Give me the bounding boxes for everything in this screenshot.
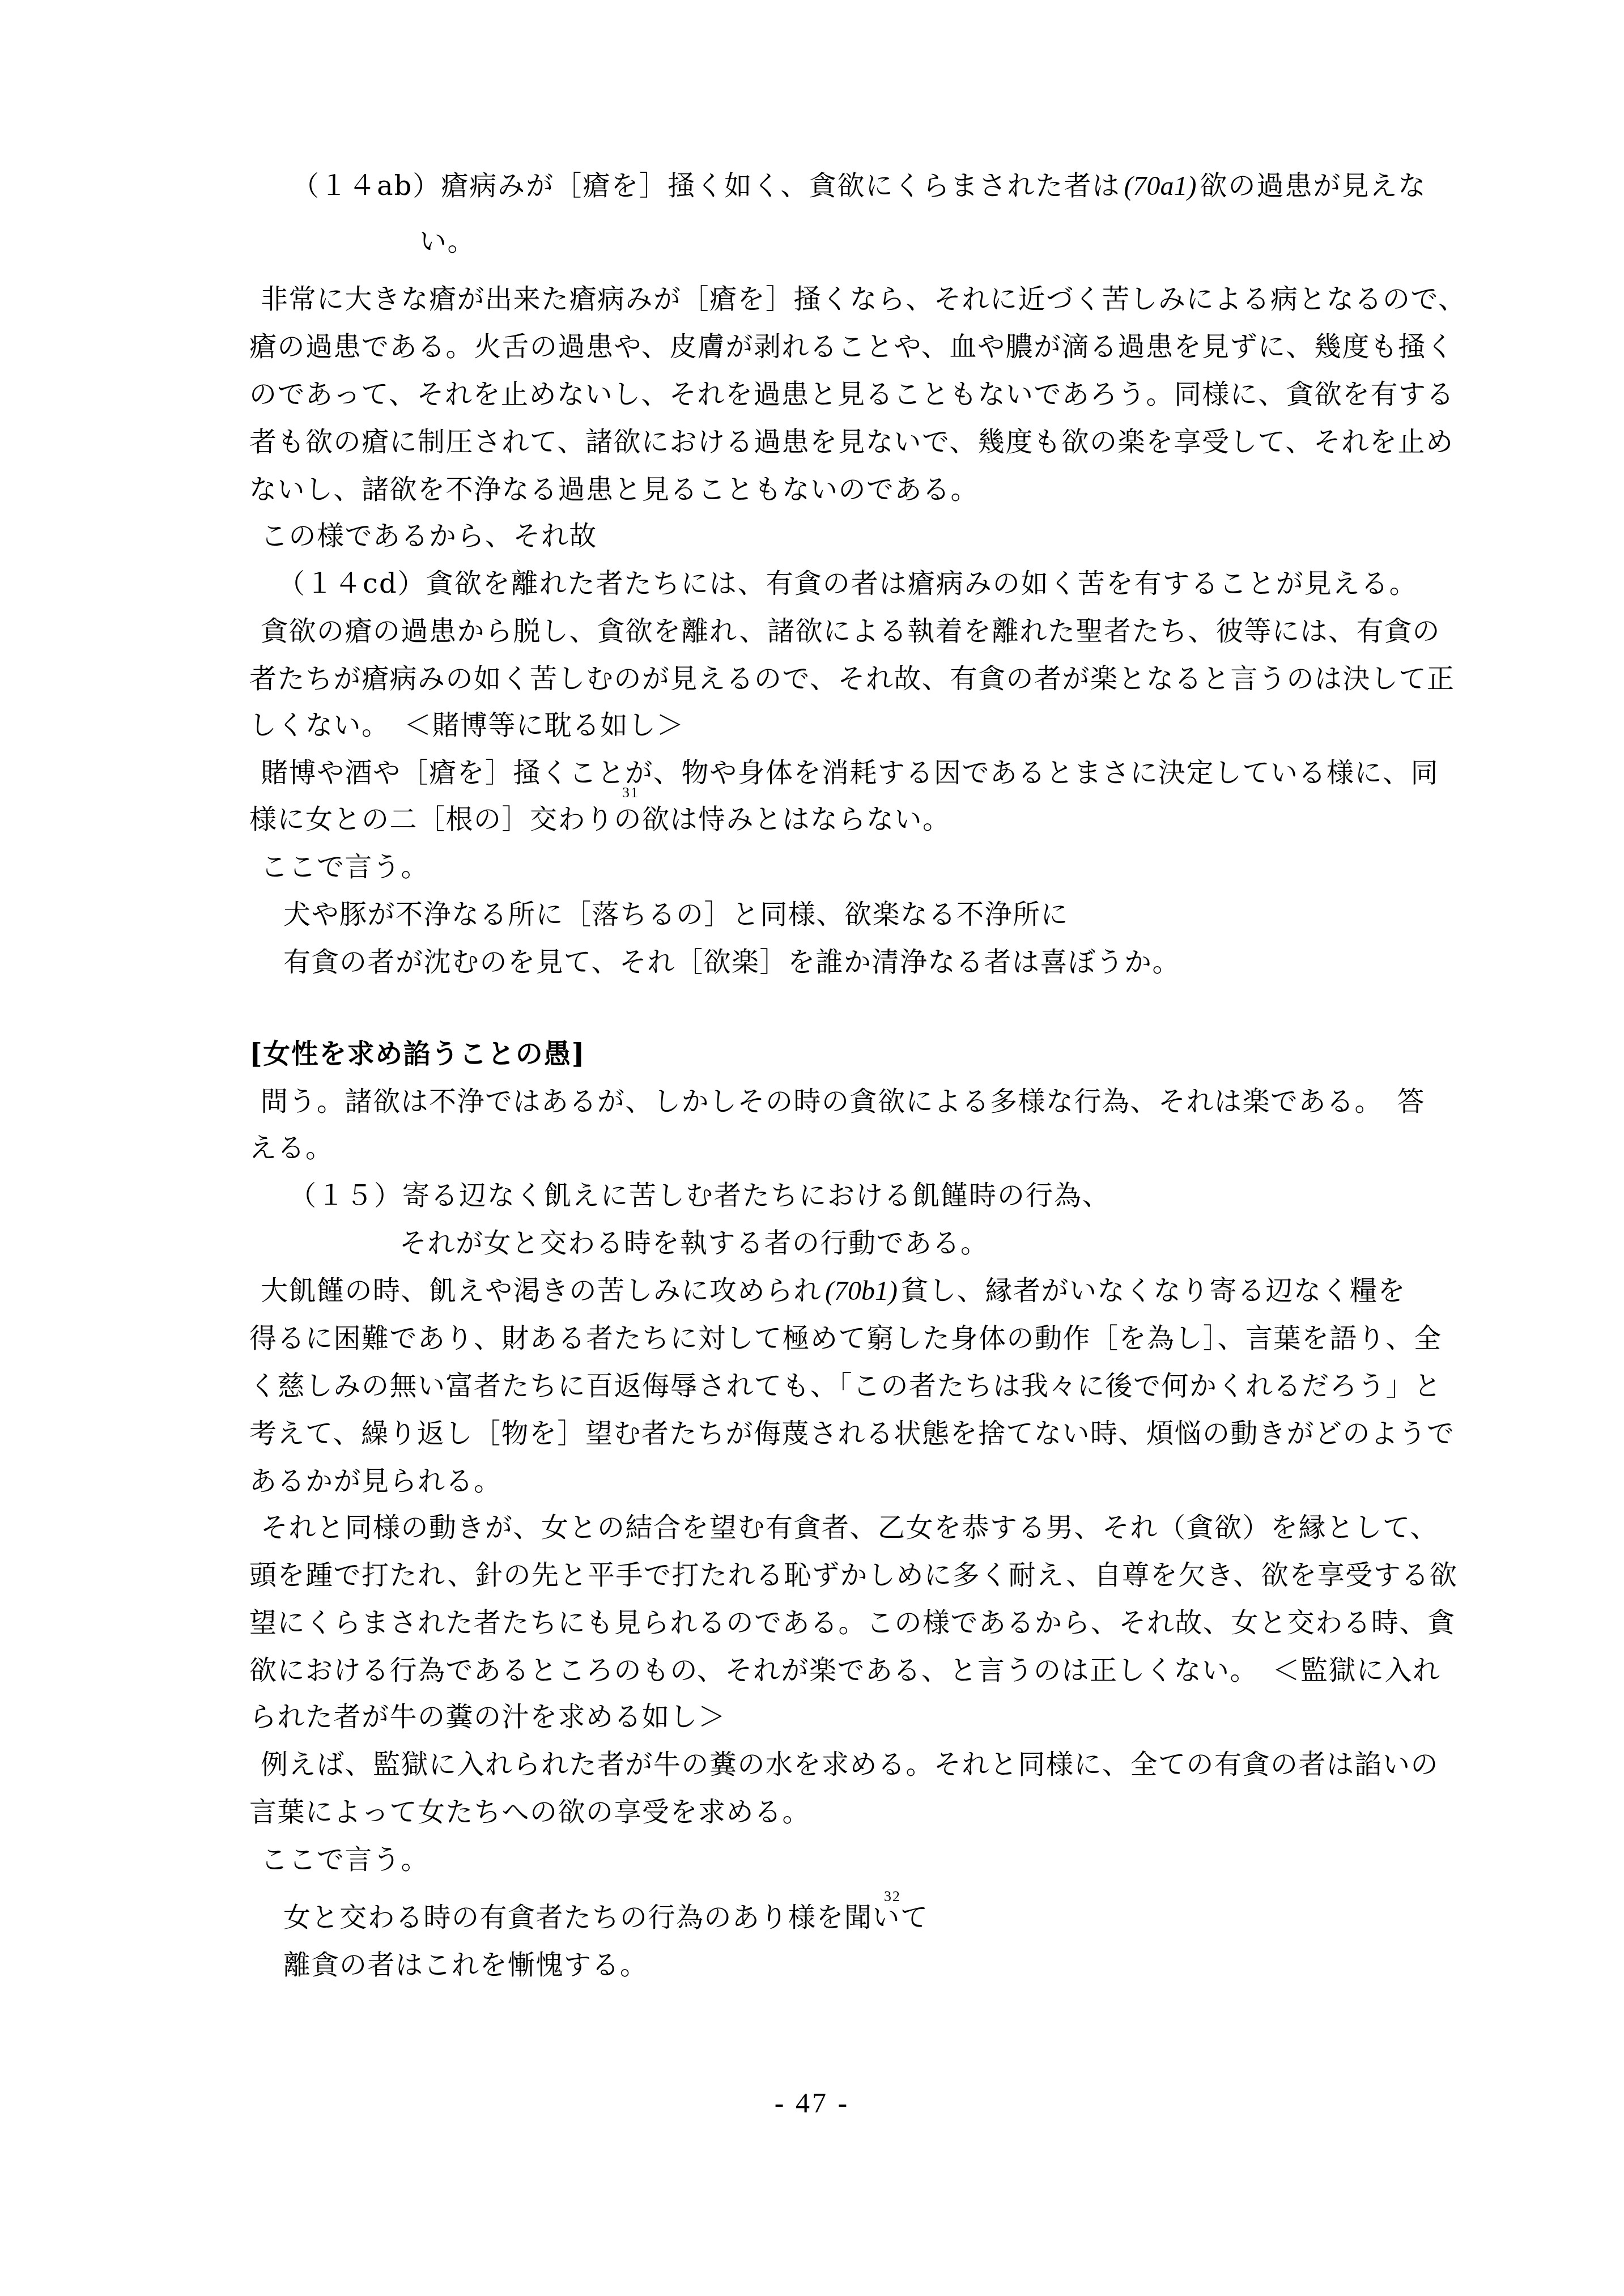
verse-15-line2: それが女と交わる時を執する者の行動である。 [399,1226,989,1260]
text-span: 様に女との二［根の］交わりの [249,803,642,835]
text-span: 欲は恃みとはならない。 [642,803,951,835]
verse-14ab-continuation: い。 [419,224,475,258]
paragraph-line: られた者が牛の糞の汁を求める如し＞ [249,1700,726,1734]
paragraph-line: 考えて、繰り返し［物を］望む者たちが侮蔑される状態を捨てない時、煩悩の動きがどの… [249,1417,1455,1451]
verse-number: （１４cd） [278,568,426,599]
paragraph-line: あるかが見られる。 [249,1464,502,1498]
paragraph-line: しくない。 ＜賭博等に耽る如し＞ [249,708,685,742]
document-page: （１４ab）瘡病みが［瘡を］掻く如く、貪欲にくらまされた者は(70a1)欲の過患… [0,0,1624,2296]
paragraph-line: 得るに困難であり、財ある者たちに対して極めて窮した身体の動作［を為し］、言葉を語… [249,1321,1442,1355]
paragraph-line: ないし、諸欲を不浄なる過患と見ることもないのである。 [249,473,979,507]
paragraph-line: 様に女との二［根の］交わりの欲は恃みとはならない。 [249,802,951,836]
paragraph-line: 非常に大きな瘡が出来た瘡病みが［瘡を］掻くなら、それに近づく苦しみによる病となる… [261,282,1466,316]
question-line: 問う。諸欲は不浄ではあるが、しかしその時の貪欲による多様な行為、それは楽である。… [261,1085,1425,1119]
paragraph-line: 大飢饉の時、飢えや渇きの苦しみに攻められ(70b1)貧し、縁者がいなくなり寄る辺… [261,1274,1406,1308]
verse-text: 瘡病みが［瘡を］掻く如く、貪欲にくらまされた者は [441,170,1120,202]
paragraph-line: 貪欲の瘡の過患から脱し、貪欲を離れ、諸欲による執着を離れた聖者たち、彼等には、有… [261,614,1440,648]
paragraph-line: 望にくらまされた者たちにも見られるのである。この様であるから、それ故、女と交わる… [249,1606,1456,1640]
paragraph-line: 者たちが瘡病みの如く苦しむのが見えるので、それ故、有貪の者が楽となると言うのは決… [249,662,1455,696]
paragraph-line: 頭を踵で打たれ、針の先と平手で打たれる恥ずかしめに多く耐え、自尊を欠き、欲を享受… [249,1558,1457,1592]
verse-text: 貪欲を離れた者たちには、有貪の者は瘡病みの如く苦を有することが見える。 [426,568,1418,599]
quoted-verse-line: 女と交わる時の有貪者たちの行為のあり様を聞いて [283,1900,929,1934]
quoted-verse-line: 犬や豚が不浄なる所に［落ちるの］と同様、欲楽なる不浄所に [283,898,1069,932]
verse-14ab: （１４ab）瘡病みが［瘡を］掻く如く、貪欲にくらまされた者は(70a1)欲の過患… [292,169,1426,203]
question-line: える。 [249,1131,334,1165]
verse-number: （１５） [289,1180,402,1211]
folio-reference: (70b1) [825,1276,898,1306]
here-said-line: ここで言う。 [261,1843,429,1877]
paragraph-line: 例えば、監獄に入れられた者が牛の糞の水を求める。それと同様に、全ての有貪の者は諂… [261,1747,1439,1781]
here-said-line: ここで言う。 [261,850,429,884]
paragraph-line: 言葉によって女たちへの欲の享受を求める。 [249,1795,810,1829]
paragraph-line: 賭博や酒や［瘡を］掻くことが、物や身体を消耗する因であるとまさに決定している様に… [261,756,1439,790]
paragraph-line: それと同様の動きが、女との結合を望む有貪者、乙女を恭する男、それ（貪欲）を縁とし… [261,1511,1438,1545]
paragraph-line: 瘡の過患である。火舌の過患や、皮膚が剥れることや、血や膿が滴る過患を見ずに、幾度… [249,330,1455,364]
verse-text: 寄る辺なく飢えに苦しむ者たちにおける飢饉時の行為、 [402,1180,1111,1211]
text-span: 貧し、縁者がいなくなり寄る辺なく糧を [901,1275,1406,1307]
paragraph-line: く慈しみの無い富者たちに百返侮辱されても、「この者たちは我々に後で何かくれるだろ… [249,1369,1442,1403]
quoted-verse-line: 有貪の者が沈むのを見て、それ［欲楽］を誰か清浄なる者は喜ぼうか。 [283,945,1180,979]
paragraph-line: 者も欲の瘡に制圧されて、諸欲における過患を見ないで、幾度も欲の楽を享受して、それ… [249,425,1454,459]
verse-text: 欲の過患が見えな [1200,170,1426,202]
transition-line: この様であるから、それ故 [261,519,597,553]
paragraph-line: のであって、それを止めないし、それを過患と見ることもないであろう。同様に、貪欲を… [249,377,1455,411]
page-number: - 47 - [0,2086,1624,2119]
verse-15: （１５）寄る辺なく飢えに苦しむ者たちにおける飢饉時の行為、 [289,1179,1111,1213]
verse-14cd: （１４cd）貪欲を離れた者たちには、有貪の者は瘡病みの如く苦を有することが見える… [278,567,1418,601]
section-heading: [女性を求め諂うことの愚] [249,1037,585,1071]
verse-number: （１４ab） [292,170,441,202]
text-span: 大飢饉の時、飢えや渇きの苦しみに攻められ [261,1275,822,1307]
quoted-verse-line: 離貪の者はこれを慚愧する。 [283,1948,648,1982]
footnote-marker-31: 31 [622,785,639,800]
folio-reference: (70a1) [1124,171,1196,201]
paragraph-line: 欲における行為であるところのもの、それが楽である、と言うのは正しくない。 ＜監獄… [249,1653,1441,1687]
